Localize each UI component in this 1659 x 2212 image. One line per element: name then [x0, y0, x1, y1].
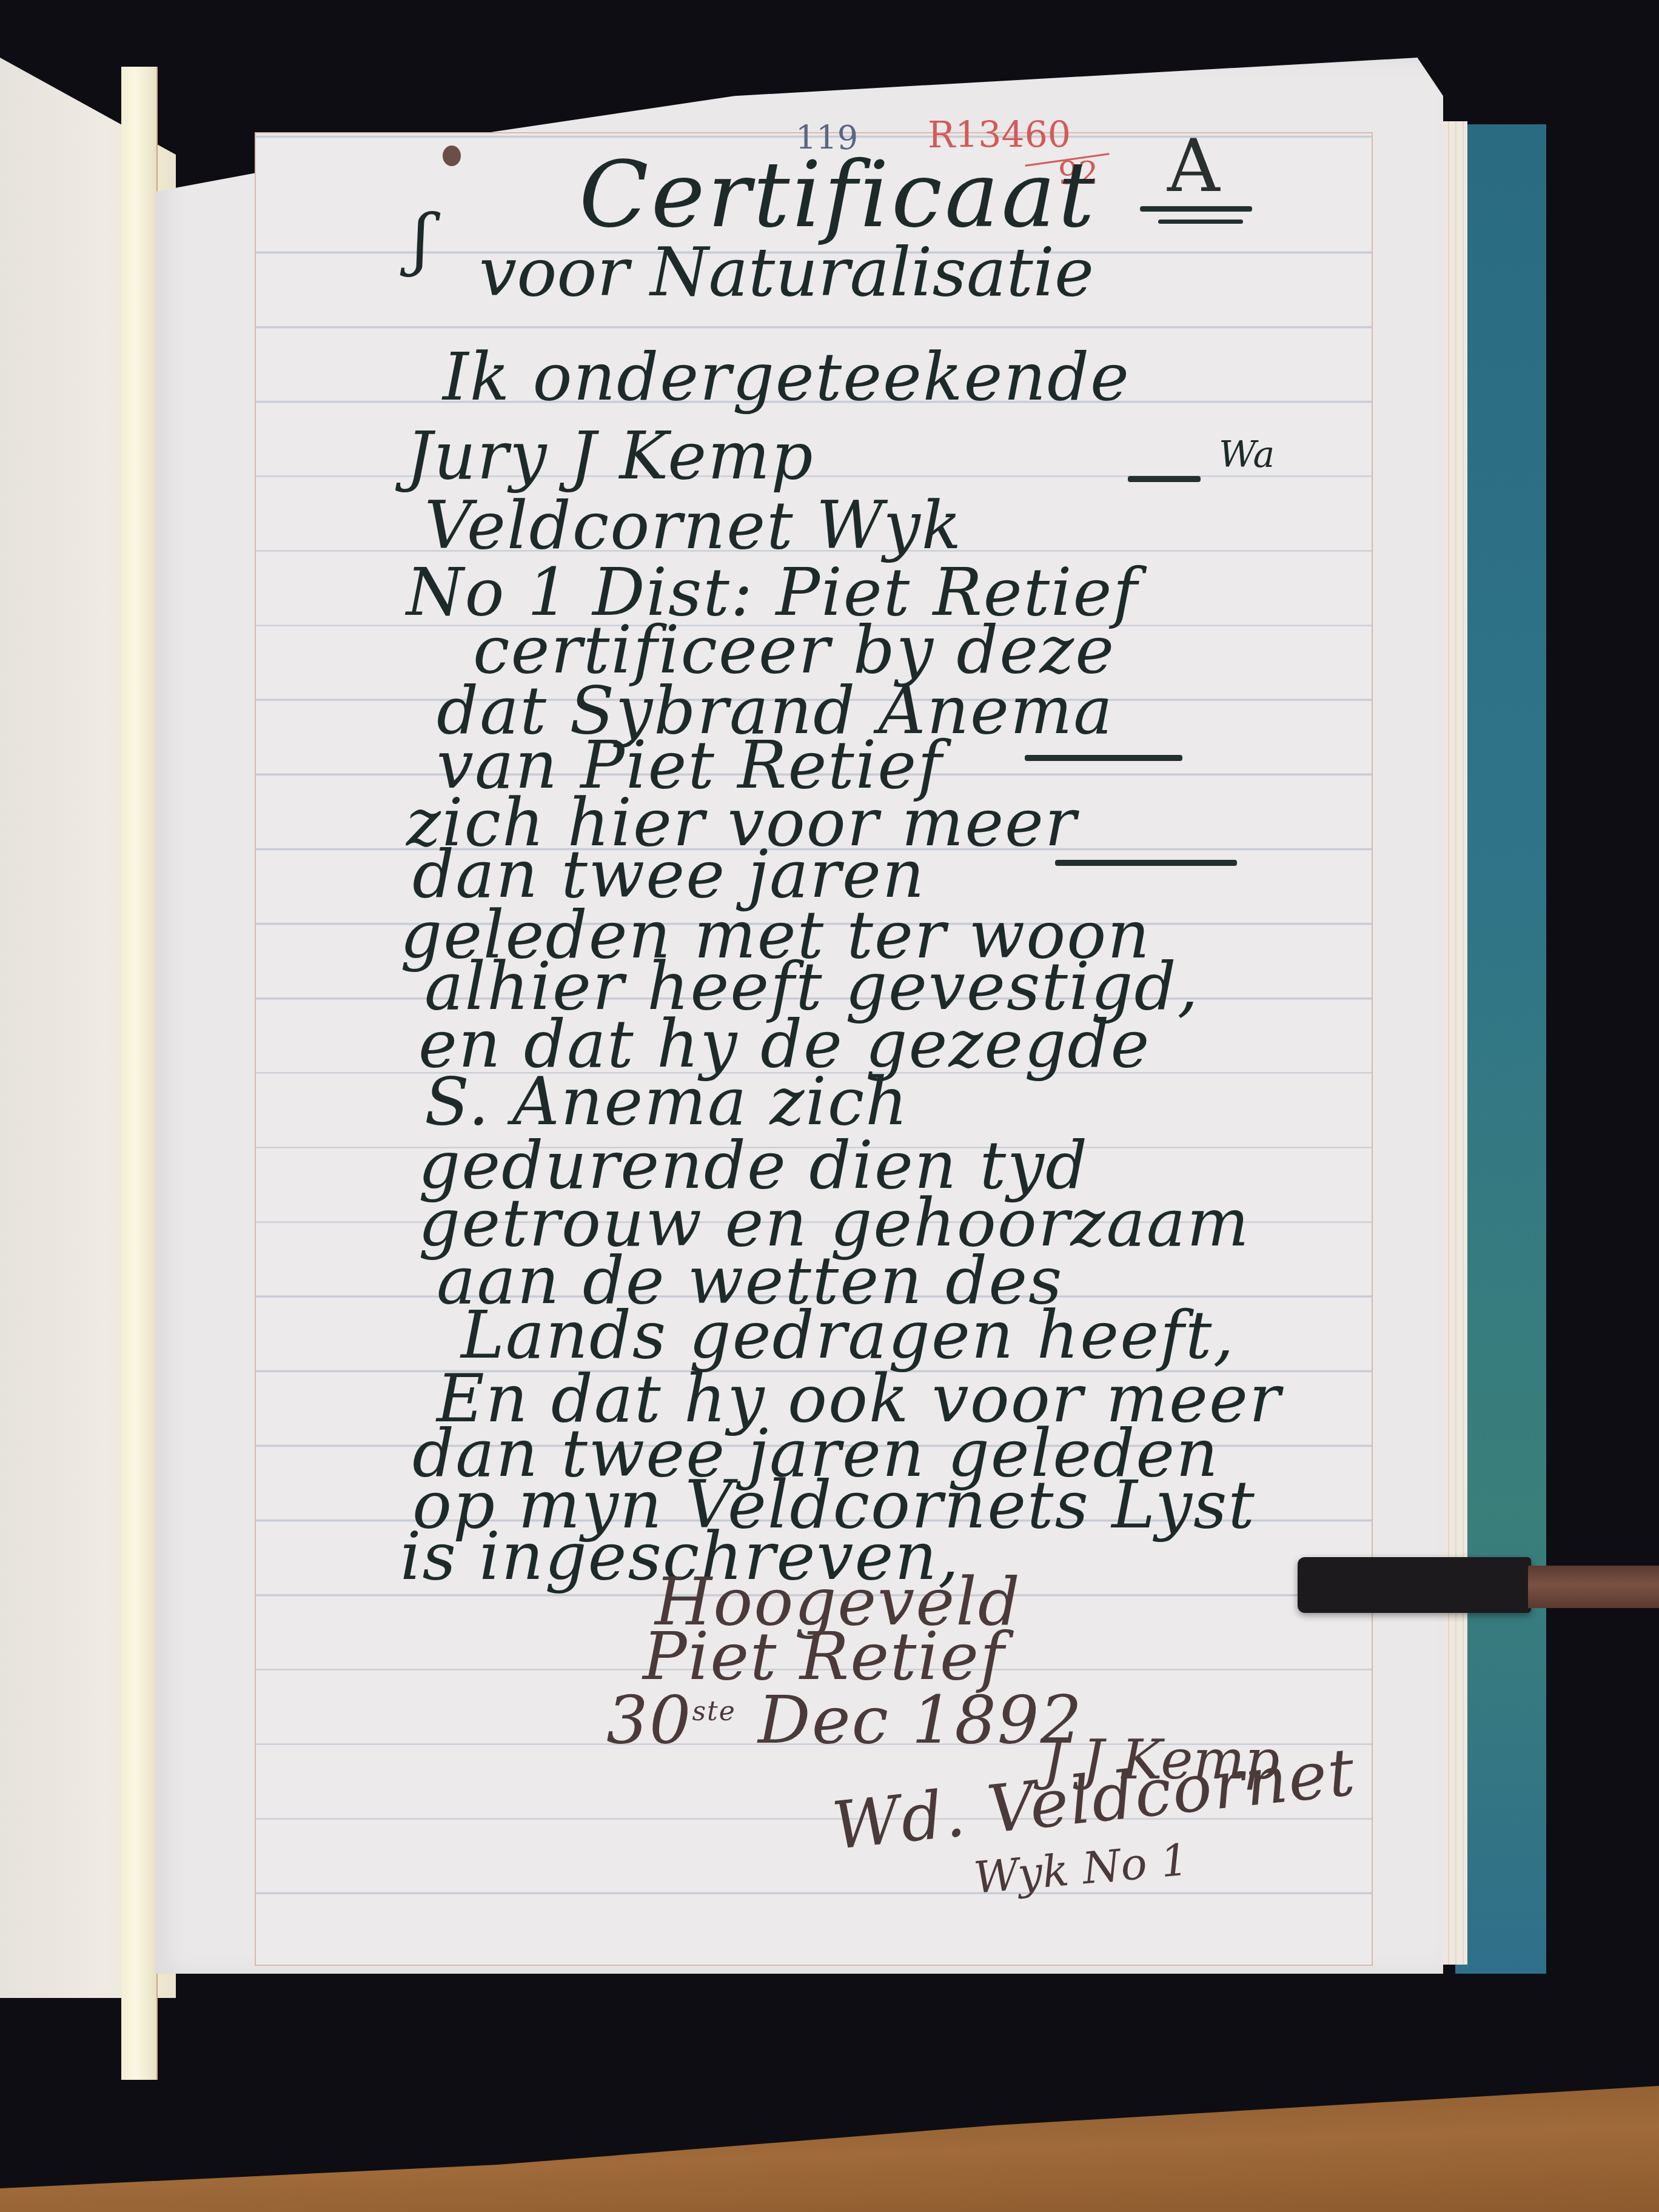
date-day: 30: [606, 1683, 692, 1758]
body-line-2: Jury J Kemp: [406, 418, 814, 494]
date-line: 30ste Dec 1892: [606, 1683, 1083, 1758]
page-weight-handle: [1528, 1566, 1659, 1608]
body-line-1: Ik ondergeteekende: [443, 340, 1130, 415]
date-month: Dec: [758, 1683, 890, 1758]
line-flourish: [1128, 476, 1201, 482]
section-label-underline: [1140, 206, 1252, 212]
left-page-edge: [121, 67, 158, 2080]
date-suffix: ste: [692, 1696, 736, 1727]
section-label-underline-2: [1158, 220, 1243, 224]
title-certificaat: Certificaat: [579, 142, 1097, 248]
kemp-suffix: Wa: [1219, 434, 1275, 476]
ink-blot: [443, 146, 461, 166]
line-underline-7: [1025, 755, 1182, 761]
page-weight-head: [1298, 1557, 1531, 1613]
title-naturalisatie: voor Naturalisatie: [479, 233, 1094, 311]
wooden-table: [0, 2054, 1659, 2212]
body-line-3: Veldcornet Wyk: [424, 488, 962, 564]
title-mark: ʃ: [412, 200, 431, 278]
section-label: A: [1167, 124, 1220, 209]
line-flourish-9: [1055, 860, 1237, 866]
book-cover-edge: [1455, 124, 1546, 1974]
